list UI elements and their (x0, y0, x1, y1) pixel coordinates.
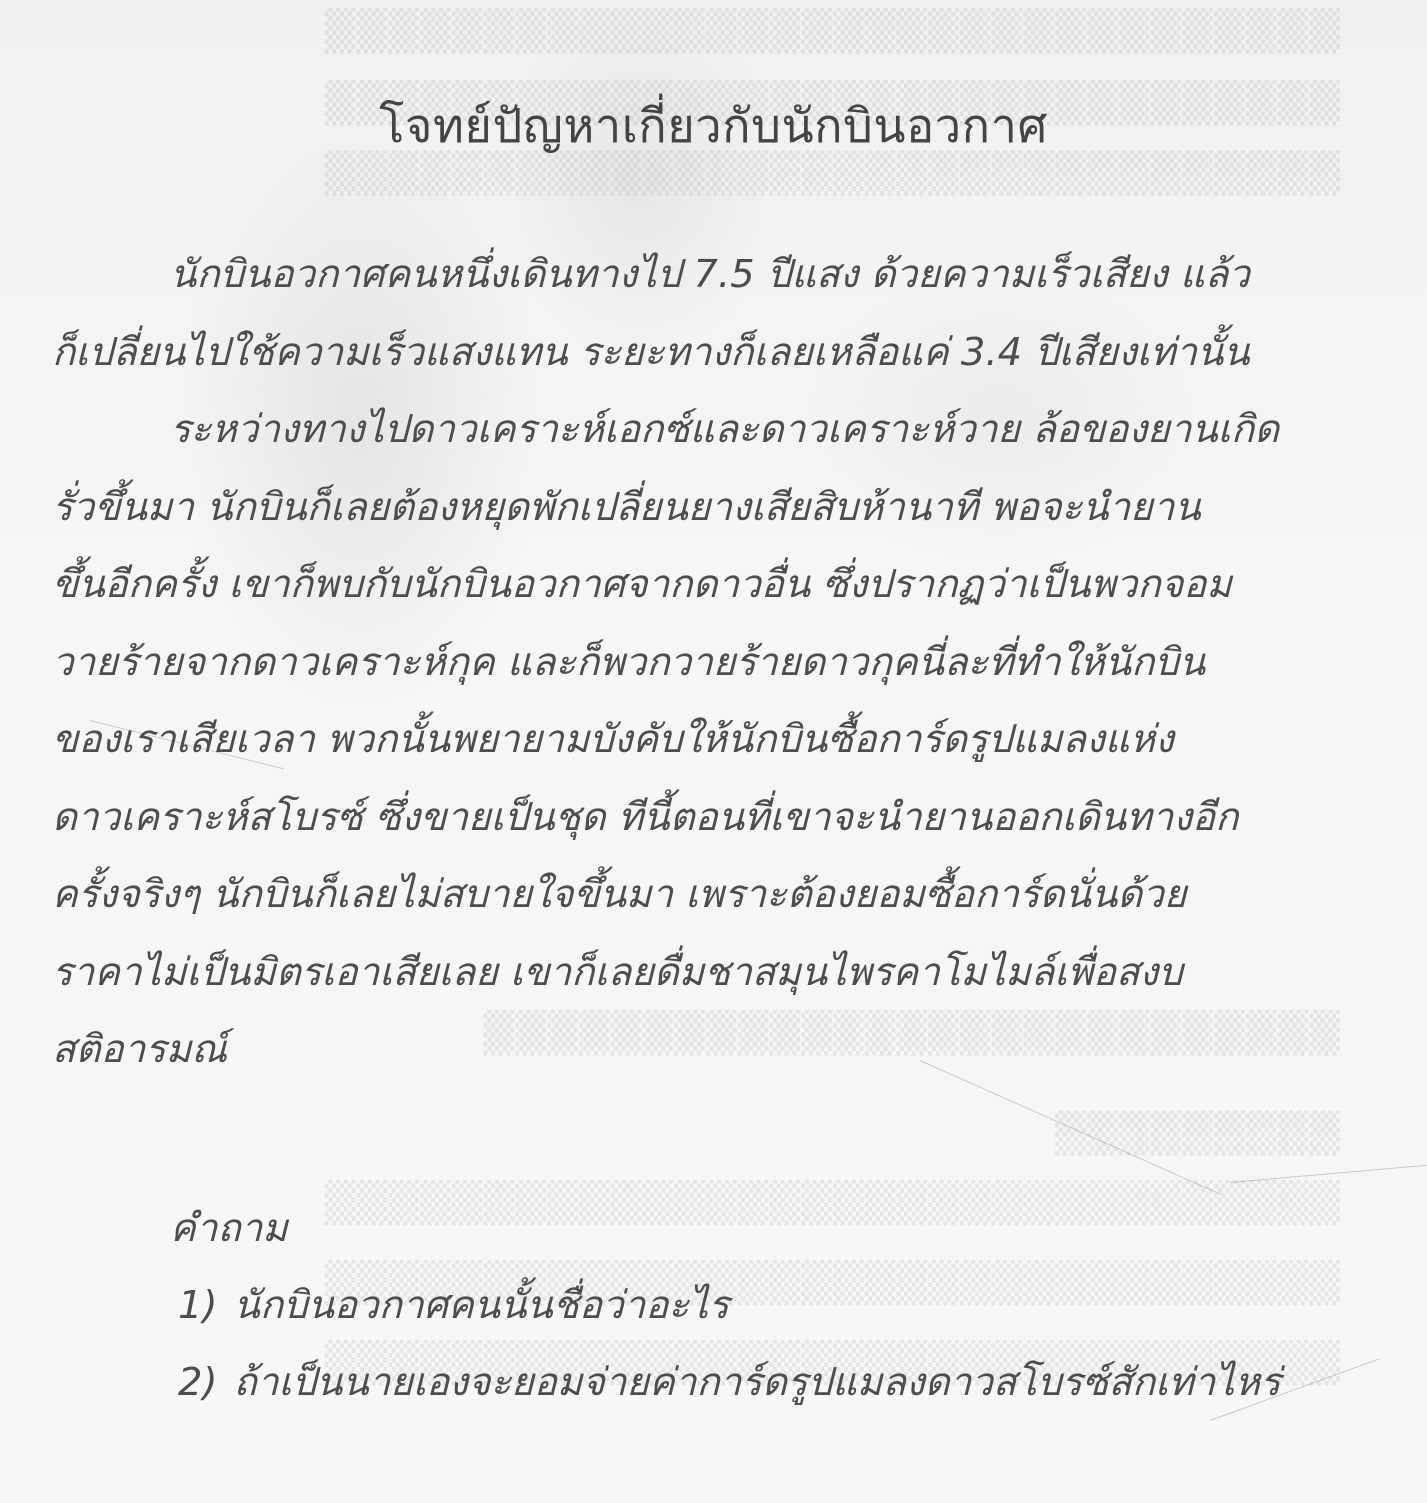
question-number: 1) (178, 1267, 218, 1344)
story-paragraph: นักบินอวกาศคนหนึ่งเดินทางไป 7.5 ปีแสง ด้… (52, 236, 1342, 1089)
story-line: ขึ้นอีกครั้ง เขาก็พบกับนักบินอวกาศจากดาว… (52, 546, 1342, 624)
questions-section: คำถาม 1)นักบินอวกาศคนนั้นชื่อว่าอะไร 2)ถ… (52, 1190, 1342, 1421)
story-line: ราคาไม่เป็นมิตรเอาเสียเลย เขาก็เลยดื่มชา… (52, 934, 1342, 1012)
story-line: นักบินอวกาศคนหนึ่งเดินทางไป 7.5 ปีแสง ด้… (52, 236, 1342, 314)
question-item: 2)ถ้าเป็นนายเองจะยอมจ่ายค่าการ์ดรูปแมลงด… (52, 1344, 1342, 1421)
story-line: ครั้งจริงๆ นักบินก็เลยไม่สบายใจขึ้นมา เพ… (52, 856, 1342, 934)
scanned-page: ▒▒▒▒▒▒▒▒▒▒▒▒▒▒▒▒▒▒▒▒▒▒▒▒▒▒▒▒▒▒▒▒ ▒▒▒▒▒▒▒… (0, 0, 1427, 1503)
question-text: นักบินอวกาศคนนั้นชื่อว่าอะไร (234, 1283, 730, 1328)
question-item: 1)นักบินอวกาศคนนั้นชื่อว่าอะไร (52, 1267, 1342, 1344)
questions-heading: คำถาม (52, 1190, 1342, 1267)
story-line: ดาวเคราะห์สโบรซ์ ซึ่งขายเป็นชุด ทีนี้ตอน… (52, 779, 1342, 857)
story-line: ของเราเสียเวลา พวกนั้นพยายามบังคับให้นัก… (52, 701, 1342, 779)
story-line: ก็เปลี่ยนไปใช้ความเร็วแสงแทน ระยะทางก็เล… (52, 314, 1342, 392)
question-text: ถ้าเป็นนายเองจะยอมจ่ายค่าการ์ดรูปแมลงดาว… (234, 1360, 1281, 1405)
story-line: รั่วขึ้นมา นักบินก็เลยต้องหยุดพักเปลี่ยน… (52, 469, 1342, 547)
story-line: สติอารมณ์ (52, 1011, 1342, 1089)
question-number: 2) (178, 1344, 218, 1421)
bleed-through-text: ▒▒▒▒▒▒▒▒▒ (940, 1110, 1340, 1156)
story-line: ระหว่างทางไปดาวเคราะห์เอกซ์และดาวเคราะห์… (52, 391, 1342, 469)
story-line: วายร้ายจากดาวเคราะห์กุค และก็พวกวายร้ายด… (52, 624, 1342, 702)
bleed-through-text: ▒▒▒▒▒▒▒▒▒▒▒▒▒▒▒▒▒▒▒▒▒▒▒▒▒▒▒▒▒▒▒▒ (60, 8, 1340, 54)
page-title: โจทย์ปัญหาเกี่ยวกับนักบินอวกาศ (0, 88, 1427, 163)
